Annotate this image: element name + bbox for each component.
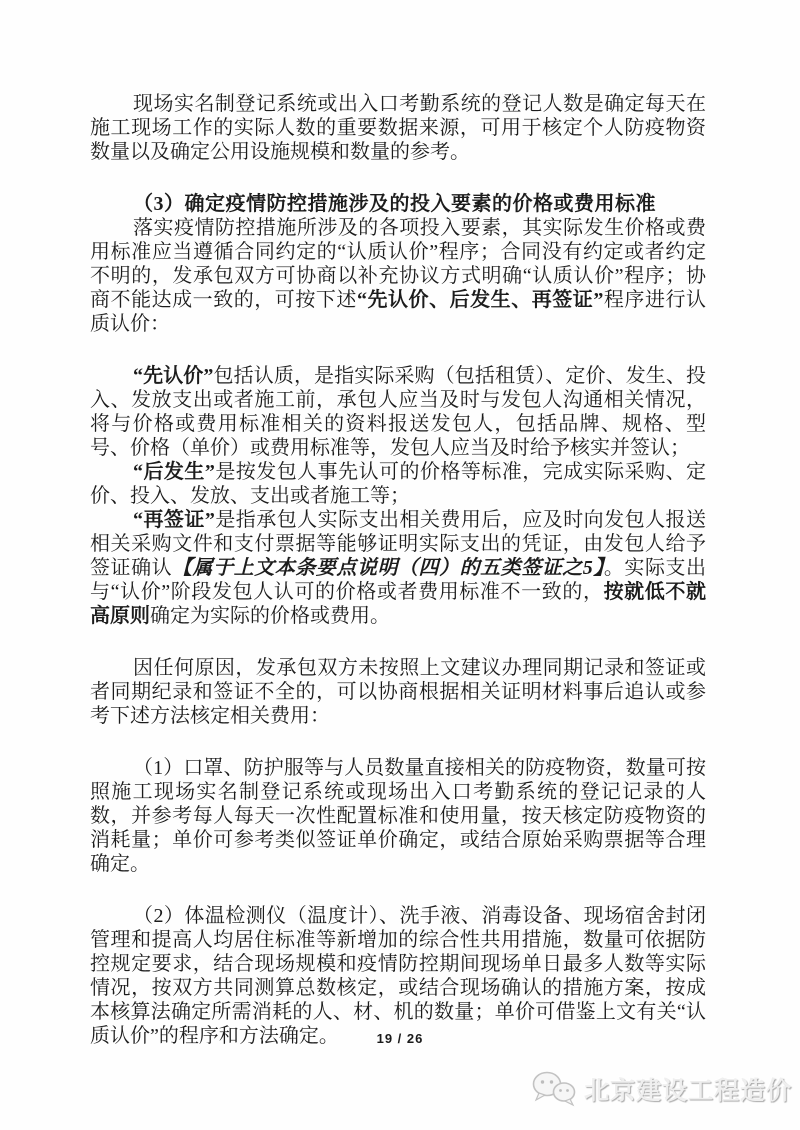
paragraph: “后发生”是按发包人事先认可的价格等标准，完成实际采购、定价、投入、发放、支出或… xyxy=(90,460,706,508)
watermark: 北京建设工程造价 xyxy=(531,1070,792,1108)
text-run: 现场实名制登记系统或出入口考勤系统的登记人数是确定每天在施工现场工作的实际人数的… xyxy=(90,93,706,163)
document-content: 现场实名制登记系统或出入口考勤系统的登记人数是确定每天在施工现场工作的实际人数的… xyxy=(90,92,706,1048)
paragraph: （1）口罩、防护服等与人员数量直接相关的防疫物资，数量可按照施工现场实名制登记系… xyxy=(90,756,706,876)
text-run: （1）口罩、防护服等与人员数量直接相关的防疫物资，数量可按照施工现场实名制登记系… xyxy=(90,757,706,875)
text-run: “先认价、后发生、再签证” xyxy=(357,289,603,311)
page-number: 19 / 26 xyxy=(0,1031,800,1046)
watermark-text: 北京建设工程造价 xyxy=(584,1071,792,1107)
text-run: 确定为实际的价格或费用。 xyxy=(150,605,390,627)
document-page: 现场实名制登记系统或出入口考勤系统的登记人数是确定每天在施工现场工作的实际人数的… xyxy=(0,0,800,1130)
text-run: “先认价” xyxy=(133,365,213,387)
text-run: “再签证” xyxy=(133,509,215,531)
paragraph: 落实疫情防控措施所涉及的各项投入要素，其实际发生价格或费用标准应当遵循合同约定的… xyxy=(90,216,706,336)
text-run: 因任何原因，发承包双方未按照上文建议办理同期记录和签证或者同期纪录和签证不全的，… xyxy=(90,657,706,727)
text-run: “后发生” xyxy=(133,461,215,483)
paragraph: （2）体温检测仪（温度计）、洗手液、消毒设备、现场宿舍封闭管理和提高人均居住标准… xyxy=(90,904,706,1048)
text-run: （3）确定疫情防控措施涉及的投入要素的价格或费用标准 xyxy=(133,193,656,215)
section-heading: （3）确定疫情防控措施涉及的投入要素的价格或费用标准 xyxy=(90,192,706,216)
paragraph: “再签证”是指承包人实际支出相关费用后，应及时向发包人报送相关采购文件和支付票据… xyxy=(90,508,706,628)
paragraph: 现场实名制登记系统或出入口考勤系统的登记人数是确定每天在施工现场工作的实际人数的… xyxy=(90,92,706,164)
paragraph: 因任何原因，发承包双方未按照上文建议办理同期记录和签证或者同期纪录和签证不全的，… xyxy=(90,656,706,728)
wechat-icon xyxy=(531,1070,577,1108)
text-run: （2）体温检测仪（温度计）、洗手液、消毒设备、现场宿舍封闭管理和提高人均居住标准… xyxy=(90,905,706,1047)
paragraph: “先认价”包括认质，是指实际采购（包括租赁）、定价、发生、投入、发放支出或者施工… xyxy=(90,364,706,460)
text-run: 【属于上文本条要点说明（四）的五类签证之5】 xyxy=(172,557,604,579)
